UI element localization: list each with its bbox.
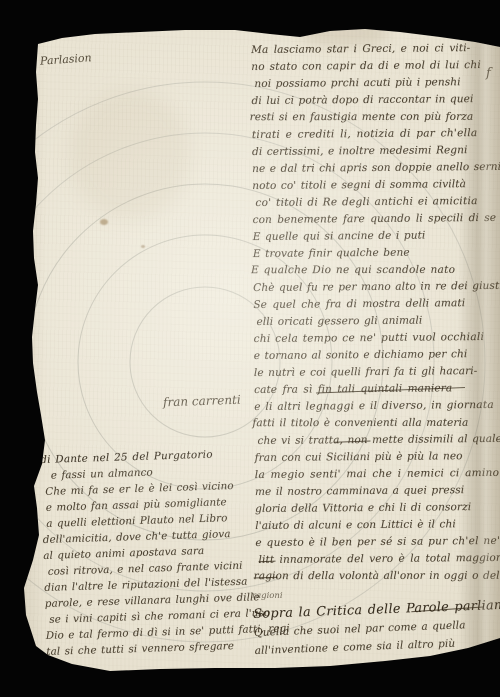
manuscript-photo: Ma lasciamo star i Greci, e noi ci viti-… — [0, 0, 500, 697]
manuscript-page: Ma lasciamo star i Greci, e noi ci viti-… — [0, 0, 500, 697]
edge-shading — [0, 0, 500, 697]
